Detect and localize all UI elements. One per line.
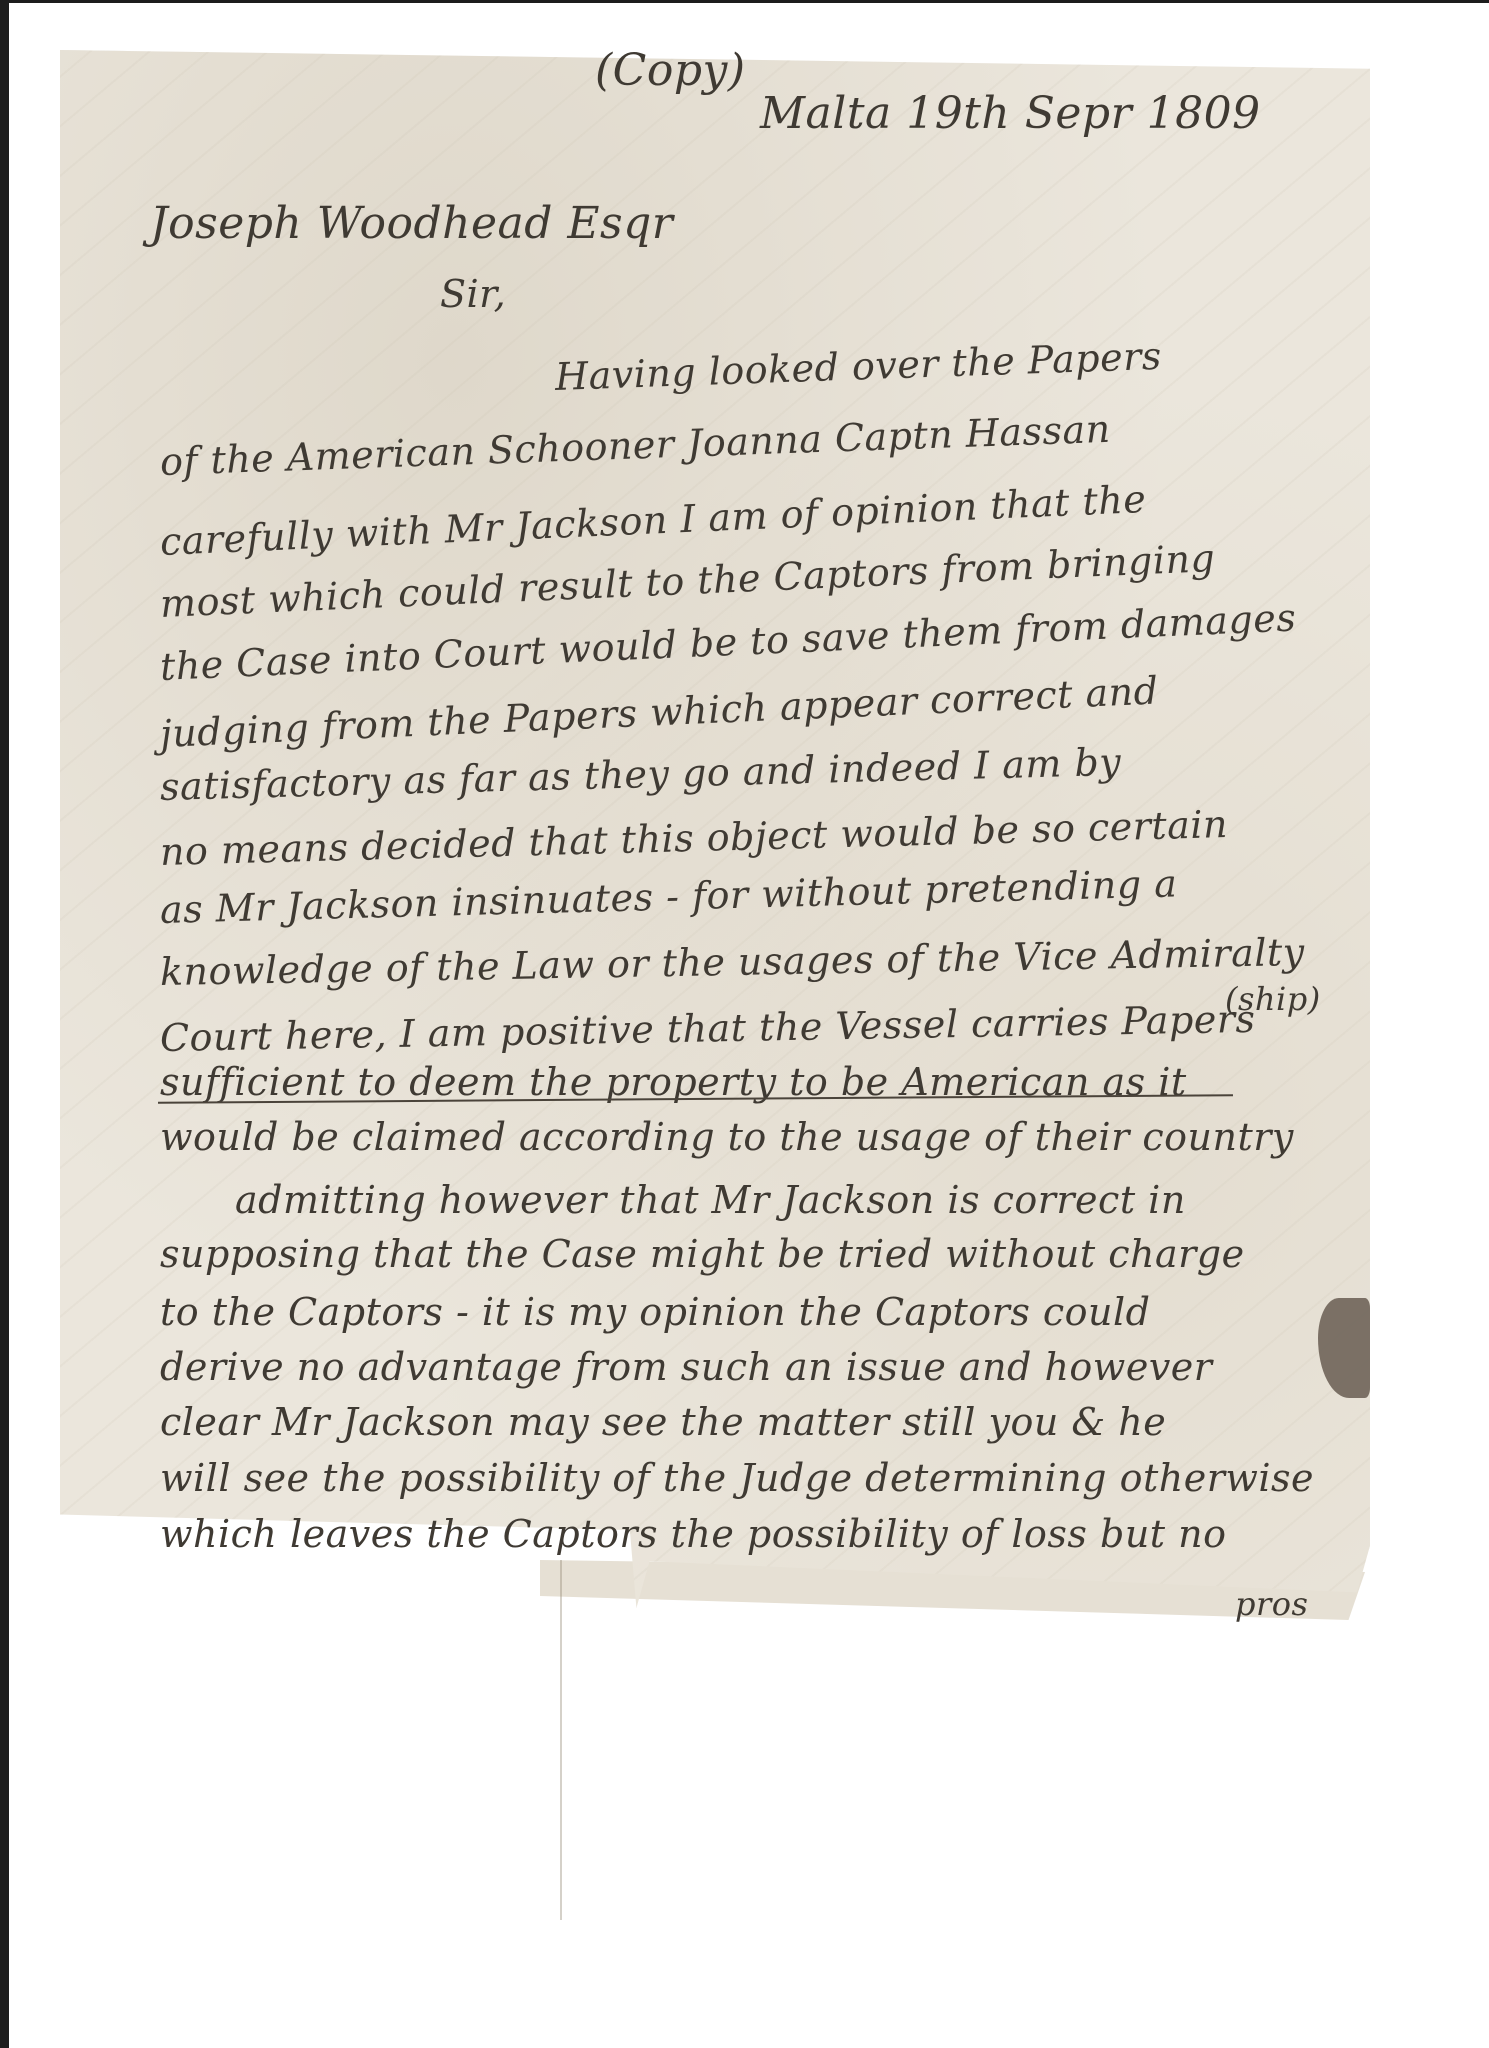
letter-line: would be claimed according to the usage … xyxy=(160,1115,1294,1159)
paper-tear xyxy=(560,1560,562,1920)
letter-line: will see the possibility of the Judge de… xyxy=(160,1456,1314,1500)
catchword: pros xyxy=(1235,1585,1308,1623)
addressee: Joseph Woodhead Esqr xyxy=(150,198,673,249)
copy-note: (Copy) xyxy=(595,45,746,96)
letter-line: clear Mr Jackson may see the matter stil… xyxy=(160,1400,1166,1444)
place-date: Malta 19th Sepr 1809 xyxy=(760,88,1261,139)
salutation: Sir, xyxy=(440,272,506,316)
scan-border-left xyxy=(0,0,9,2048)
letter-line: supposing that the Case might be tried w… xyxy=(160,1232,1245,1276)
letter-line: derive no advantage from such an issue a… xyxy=(160,1345,1212,1389)
letter-line: admitting however that Mr Jackson is cor… xyxy=(235,1178,1186,1222)
letter-line: which leaves the Captors the possibility… xyxy=(160,1512,1227,1556)
letter-line: to the Captors - it is my opinion the Ca… xyxy=(160,1290,1151,1334)
scan-border-top xyxy=(0,0,1489,3)
interlinear-note: (ship) xyxy=(1225,980,1321,1018)
